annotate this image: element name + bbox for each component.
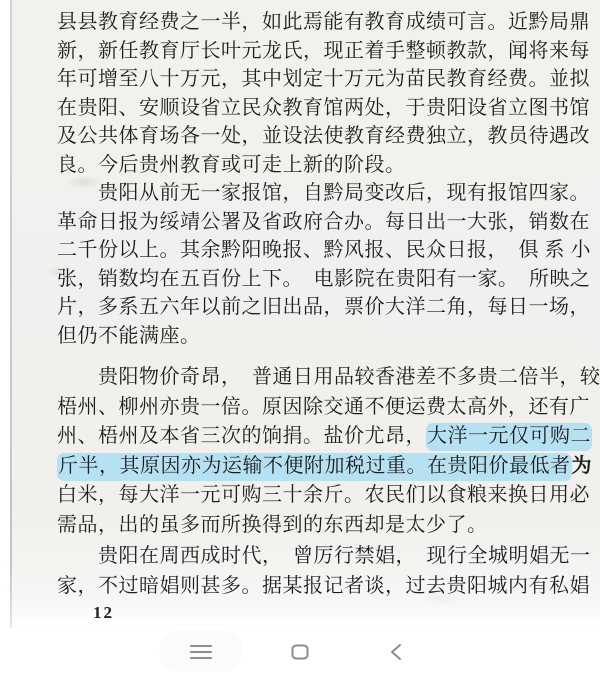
- hamburger-icon: [190, 644, 212, 660]
- text-line: 需品，出的虽多而所换得到的东西却是太少了。: [57, 511, 569, 541]
- text-line: 贵阳在周西成时代， 曾厉行禁娼， 现行全城明娼无一: [57, 541, 569, 571]
- text-line: 及公共体育场各一处，並设法使教育经费独立，教员待遇改: [57, 122, 569, 151]
- page-text: 县县教育经费之一半，如此焉能有教育成绩可言。近黔局鼎 新，新任教育厅长叶元龙氏，…: [57, 8, 569, 623]
- paragraph-prices: 贵阳物价奇昂， 普通日用品较香港差不多贵二倍半，较 梧州、柳州亦贵一倍。原因除交…: [57, 363, 569, 540]
- text-line: 年可增至八十万元，其中划定十万元为苗民教育经费。並拟: [57, 65, 569, 94]
- menu-button[interactable]: [177, 630, 225, 673]
- highlighted-text: 斤半，其原因亦为运输不便附加税过重。在贵阳价最低者: [57, 453, 572, 481]
- text-line: 白米，每大洋一元可购三十余斤。农民们以食粮来换日用必: [57, 481, 569, 511]
- scan-edge-line: [10, 0, 12, 628]
- paragraph-prostitution: 贵阳在周西成时代， 曾厉行禁娼， 现行全城明娼无一 家，不过暗娼则甚多。据某报记…: [57, 541, 569, 601]
- text-line: 张，销数均在五百份上下。 电影院在贵阳有一家。 所映之: [57, 265, 569, 294]
- android-navbar: [0, 630, 600, 673]
- text-line: 贵阳物价奇昂， 普通日用品较香港差不多贵二倍半，较: [57, 363, 569, 393]
- text-line: 斤半，其原因亦为运输不便附加税过重。在贵阳价最低者为: [57, 452, 569, 482]
- text-line: 县县教育经费之一半，如此焉能有教育成绩可言。近黔局鼎: [57, 8, 569, 37]
- page-number: 12: [93, 603, 569, 623]
- paragraph-education: 县县教育经费之一半，如此焉能有教育成绩可言。近黔局鼎 新，新任教育厅长叶元龙氏，…: [57, 8, 569, 179]
- chevron-left-icon: [390, 643, 402, 661]
- text-line: 二千份以上。其余黔阳晚报、黔风报、民众日报， 俱 系 小: [57, 236, 569, 265]
- text-line: 片，多系五六年以前之旧出品，票价大洋二角，每日一场，: [57, 293, 569, 322]
- text-line: 梧州、柳州亦贵一倍。原因除交通不便运费太高外，还有广: [57, 393, 569, 423]
- text-line: 州、梧州及本省三次的饷捐。盐价尤昂，大洋一元仅可购二: [57, 422, 569, 452]
- text-segment: 州、梧州及本省三次的饷捐。盐价尤昂，: [57, 425, 426, 447]
- back-button[interactable]: [372, 630, 420, 673]
- text-line: 家，不过暗娼则甚多。据某报记者谈，过去贵阳城内有私娼: [57, 571, 569, 601]
- text-line: 在贵阳、安顺设省立民众教育馆两处，于贵阳设省立图书馆: [57, 94, 569, 123]
- text-segment: 为: [572, 455, 593, 477]
- text-line: 良。今后贵州教育或可走上新的阶段。: [57, 151, 569, 180]
- square-home-icon: [291, 644, 309, 660]
- text-line: 贵阳从前无一家报馆，自黔局变改后，现有报馆四家。: [57, 179, 569, 208]
- phone-screen: 县县教育经费之一半，如此焉能有教育成绩可言。近黔局鼎 新，新任教育厅长叶元龙氏，…: [0, 0, 600, 673]
- text-line: 革命日报为绥靖公署及省政府合办。每日出一大张，销数在: [57, 208, 569, 237]
- text-line: 但仍不能满座。: [57, 322, 569, 351]
- paragraph-newspapers: 贵阳从前无一家报馆，自黔局变改后，现有报馆四家。 革命日报为绥靖公署及省政府合办…: [57, 179, 569, 350]
- text-line: 新，新任教育厅长叶元龙氏，现正着手整顿教款，闻将来每: [57, 37, 569, 66]
- home-button[interactable]: [276, 630, 324, 673]
- highlighted-text: 大洋一元仅可购二: [426, 423, 592, 451]
